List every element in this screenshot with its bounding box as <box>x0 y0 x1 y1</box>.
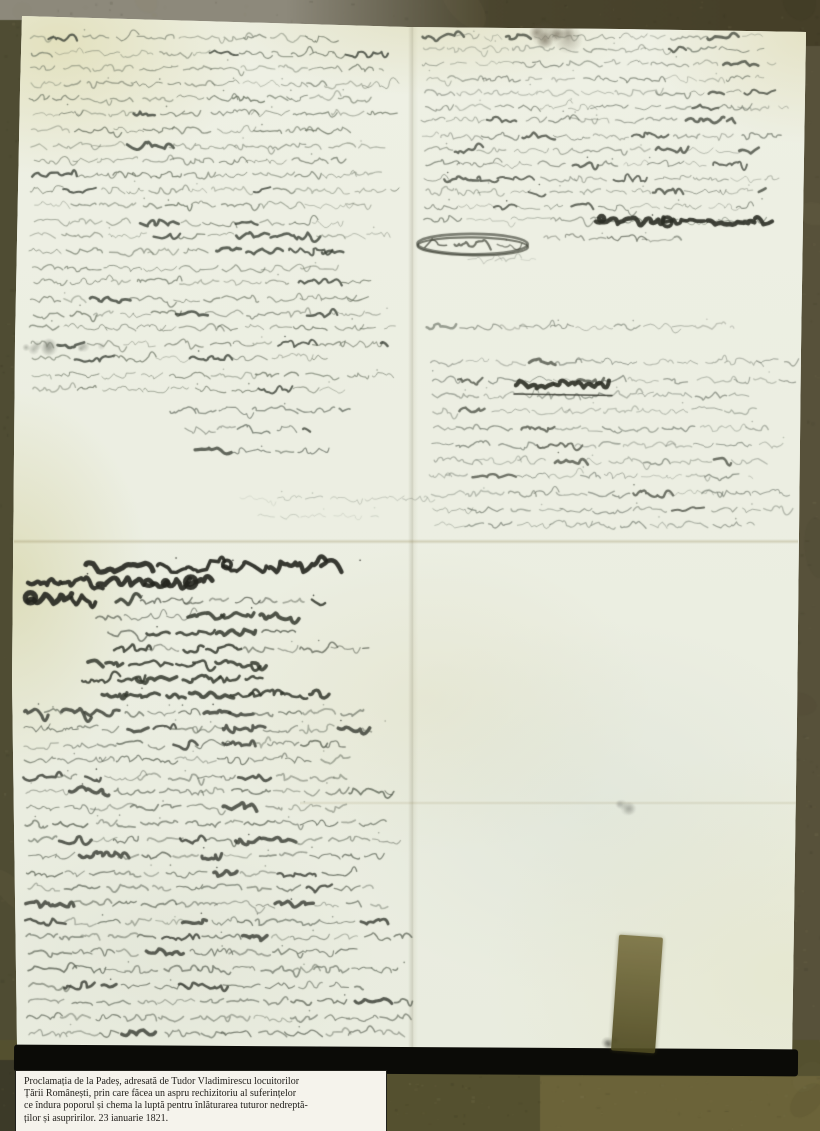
caption-line-4: ților și asupririlor. 23 ianuarie 1821. <box>24 1113 378 1125</box>
handwriting-top-right-after-oval <box>544 230 676 254</box>
handwriting-right-single-line <box>428 318 740 344</box>
handwriting-top-right-dense-text <box>424 27 800 236</box>
caption-label: Proclamația de la Padeș, adresată de Tud… <box>15 1070 387 1131</box>
handwriting-top-right-faint-tail <box>468 252 540 276</box>
manuscript-photo: Proclamația de la Padeș, adresată de Tud… <box>0 0 820 1131</box>
handwriting-left-signature-block <box>150 402 345 472</box>
handwriting-bottom-left-title-block <box>96 593 366 710</box>
handwriting-top-left-dense-text <box>32 29 396 406</box>
handwriting-right-middle-paragraph <box>432 354 798 542</box>
handwriting-right-bold-underlined-word <box>516 376 608 401</box>
handwriting-top-right-oval-scribble <box>417 226 527 252</box>
caption-line-2: Țării Românești, prin care făcea un aspr… <box>24 1088 378 1100</box>
caption-line-3: ce îndura poporul și chema la luptă pent… <box>24 1100 378 1112</box>
handwriting-left-faint-note <box>240 490 430 534</box>
tape-stain <box>611 935 663 1054</box>
handwriting-bottom-left-dense-text <box>26 703 406 1051</box>
caption-line-1: Proclamația de la Padeș, adresată de Tud… <box>24 1076 378 1088</box>
